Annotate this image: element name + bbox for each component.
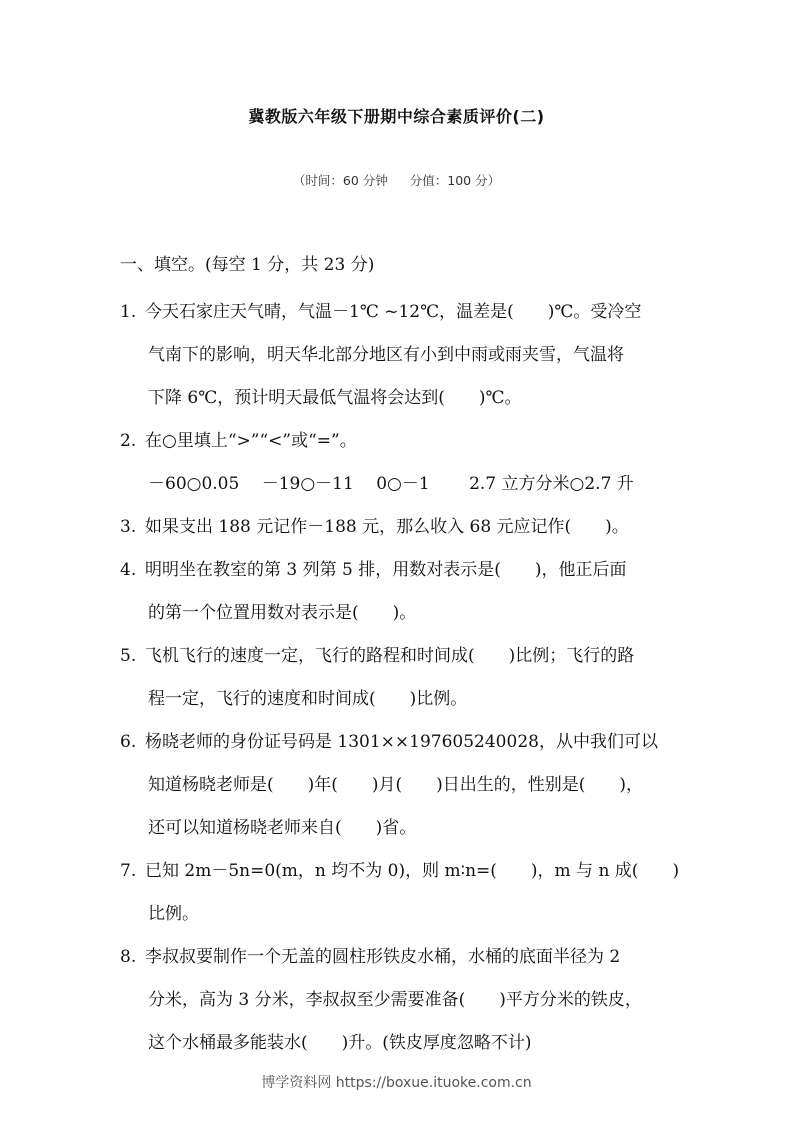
- question-7: 7. 已知 2m－5n=0(m，n 均不为 0)，则 m∶n=( )，m 与 n…: [120, 850, 676, 936]
- question-5: 5. 飞机飞行的速度一定，飞行的路程和时间成( )比例；飞行的路 程一定，飞行的…: [120, 635, 676, 721]
- question-number: 2.: [120, 420, 136, 463]
- section-heading: 一、填空。(每空 1 分，共 23 分): [120, 248, 676, 282]
- question-content: 一、填空。(每空 1 分，共 23 分) 1. 今天石家庄天气晴，气温－1℃ ~…: [120, 248, 676, 1065]
- question-3: 3. 如果支出 188 元记作－188 元，那么收入 68 元应记作( )。: [120, 506, 676, 549]
- question-8: 8. 李叔叔要制作一个无盖的圆柱形铁皮水桶，水桶的底面半径为 2 分米，高为 3…: [120, 936, 676, 1065]
- question-text: 今天石家庄天气晴，气温－1℃ ~12℃，温差是( )℃。受冷空: [145, 291, 676, 334]
- exam-info: （时间：60 分钟分值：100 分）: [0, 171, 793, 189]
- question-text: 已知 2m－5n=0(m，n 均不为 0)，则 m∶n=( )，m 与 n 成(…: [145, 850, 676, 893]
- watermark: 博学资料网 https://boxue.ituoke.com.cn: [0, 1072, 793, 1092]
- question-text: 还可以知道杨晓老师来自( )省。: [145, 807, 676, 850]
- question-text: 知道杨晓老师是( )年( )月( )日出生的，性别是( )，: [145, 764, 676, 807]
- question-number: 5.: [120, 635, 136, 678]
- question-number: 6.: [120, 721, 136, 764]
- comparison-items: －60○0.05 －19○－11 0○－1 2.7 立方分米○2.7 升: [145, 463, 676, 506]
- question-text: 气南下的影响，明天华北部分地区有小到中雨或雨夹雪，气温将: [145, 334, 676, 377]
- question-text: 的第一个位置用数对表示是( )。: [145, 592, 676, 635]
- time-limit: （时间：60 分钟: [293, 173, 388, 188]
- question-number: 1.: [120, 291, 136, 334]
- question-text: 下降 6℃，预计明天最低气温将会达到( )℃。: [145, 377, 676, 420]
- question-6: 6. 杨晓老师的身份证号码是 1301××197605240028，从中我们可以…: [120, 721, 676, 850]
- question-number: 7.: [120, 850, 136, 893]
- question-2: 2. 在○里填上“>”“<”或“=”。 －60○0.05 －19○－11 0○－…: [120, 420, 676, 506]
- question-text: 分米，高为 3 分米，李叔叔至少需要准备( )平方分米的铁皮，: [145, 979, 676, 1022]
- question-text: 如果支出 188 元记作－188 元，那么收入 68 元应记作( )。: [145, 506, 676, 549]
- question-text: 飞机飞行的速度一定，飞行的路程和时间成( )比例；飞行的路: [145, 635, 676, 678]
- question-number: 8.: [120, 936, 136, 979]
- question-text: 明明坐在教室的第 3 列第 5 排，用数对表示是( )，他正后面: [145, 549, 676, 592]
- question-text: 程一定，飞行的速度和时间成( )比例。: [145, 678, 676, 721]
- question-4: 4. 明明坐在教室的第 3 列第 5 排，用数对表示是( )，他正后面 的第一个…: [120, 549, 676, 635]
- question-text: 李叔叔要制作一个无盖的圆柱形铁皮水桶，水桶的底面半径为 2: [145, 936, 676, 979]
- question-number: 3.: [120, 506, 136, 549]
- page-title: 冀教版六年级下册期中综合素质评价(二): [0, 104, 793, 127]
- question-text: 比例。: [145, 893, 676, 936]
- question-number: 4.: [120, 549, 136, 592]
- total-score: 分值：100 分）: [410, 173, 500, 188]
- question-text: 在○里填上“>”“<”或“=”。: [145, 420, 676, 463]
- question-1: 1. 今天石家庄天气晴，气温－1℃ ~12℃，温差是( )℃。受冷空 气南下的影…: [120, 291, 676, 420]
- question-text: 杨晓老师的身份证号码是 1301××197605240028，从中我们可以: [145, 721, 676, 764]
- question-text: 这个水桶最多能装水( )升。(铁皮厚度忽略不计): [145, 1022, 676, 1065]
